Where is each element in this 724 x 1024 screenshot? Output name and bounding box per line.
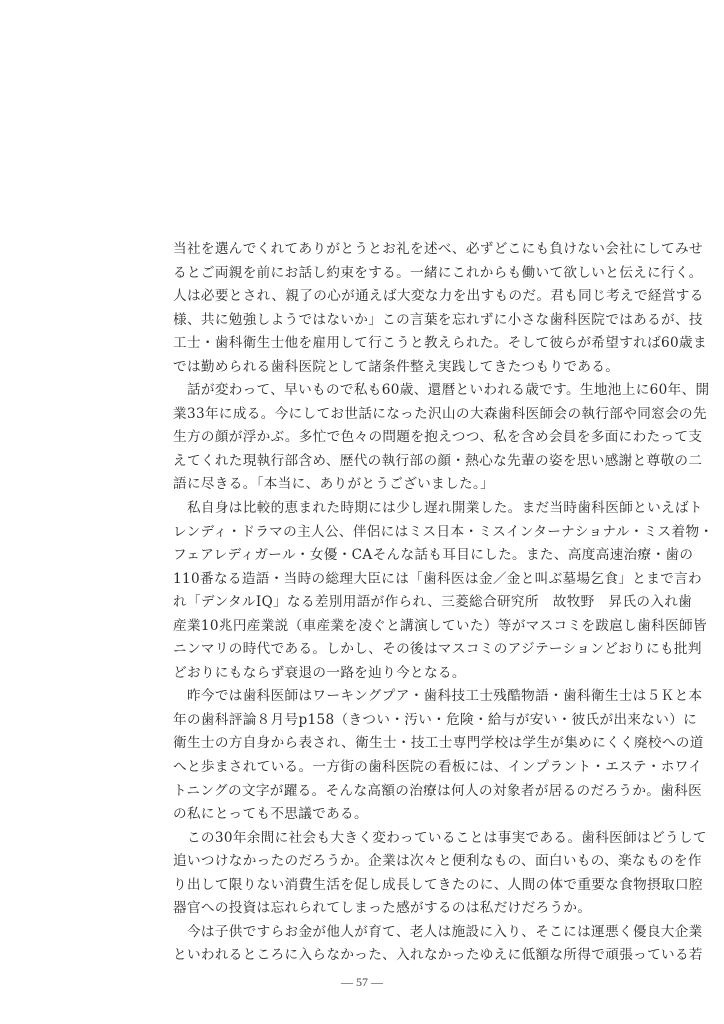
text-line: 業33年に成る。今にしてお世話になった沢山の大森歯科医師会の執行部や同窓会の先 — [173, 403, 670, 427]
text-line: の私にとっても不思議である。 — [173, 803, 670, 827]
text-line: 衛生士の方自身から表され、衛生士・技工士専門学校は学生が集めにくく廃校への道 — [173, 732, 670, 756]
text-line: 産業10兆円産業説（車産業を凌ぐと講演していた）等がマスコミを跋扈し歯科医師皆 — [173, 615, 670, 639]
text-line: といわれるところに入らなかった、入れなかったゆえに低額な所得で頑張っている若 — [173, 944, 670, 968]
body-text: 当社を選んでくれてありがとうとお礼を述べ、必ずどこにも負けない会社にしてみせ る… — [173, 238, 670, 968]
text-line: 様、共に勉強しようではないか」この言葉を忘れずに小さな歯科医院ではあるが、技 — [173, 309, 670, 333]
text-line: るとご両親を前にお話し約束をする。一緒にこれからも働いて欲しいと伝えに行く。 — [173, 262, 670, 286]
text-line: 私自身は比較的恵まれた時期には少し遅れ開業した。まだ当時歯科医師といえばト — [173, 497, 670, 521]
text-line: 年の歯科評論８月号p158（きつい・汚い・危険・給与が安い・彼氏が出来ない）に — [173, 709, 670, 733]
text-line: 生方の顔が浮かぶ。多忙で色々の問題を抱えつつ、私を含め会員を多面にわたって支 — [173, 426, 670, 450]
page-number: — 57 — — [0, 975, 724, 990]
text-line: へと歩まされている。一方街の歯科医院の看板には、インプラント・エステ・ホワイ — [173, 756, 670, 780]
text-line: 110番なる造語・当時の総理大臣には「歯科医は金／金と叫ぶ墓場乞食」とまで言わ — [173, 568, 670, 592]
text-line: 昨今では歯科医師はワーキングプア・歯科技工士残酷物語・歯科衛生士は５Ｋと本 — [173, 685, 670, 709]
text-line: この30年余間に社会も大きく変わっていることは事実である。歯科医師はどうして — [173, 827, 670, 851]
text-line: 語に尽きる。「本当に、ありがとうございました。」 — [173, 473, 670, 497]
text-line: 工士・歯科衛生士他を雇用して行こうと教えられた。そして彼らが希望すれば60歳ま — [173, 332, 670, 356]
text-line: えてくれた現執行部含め、歴代の執行部の顔・熱心な先輩の姿を思い感謝と尊敬の二 — [173, 450, 670, 474]
text-line: 人は必要とされ、親了の心が通えば大変な力を出すものだ。君も同じ考えで経営する — [173, 285, 670, 309]
text-line: では勤められる歯科医院として諸条件整え実践してきたつもりである。 — [173, 356, 670, 380]
text-line: ニンマリの時代である。しかし、その後はマスコミのアジテーションどおりにも批判 — [173, 638, 670, 662]
text-line: り出して限りない消費生活を促し成長してきたのに、人間の体で重要な食物摂取口腔 — [173, 874, 670, 898]
text-line: レンディ・ドラマの主人公、伴侶にはミス日本・ミスインターナショナル・ミス着物・ — [173, 521, 670, 545]
text-line: 当社を選んでくれてありがとうとお礼を述べ、必ずどこにも負けない会社にしてみせ — [173, 238, 670, 262]
text-line: れ「デンタルIQ」なる差別用語が作られ、三菱総合研究所 故牧野 昇氏の入れ歯 — [173, 591, 670, 615]
text-line: フェアレディガール・女優・CAそんな話も耳目にした。また、高度高速治療・歯の — [173, 544, 670, 568]
text-line: 話が変わって、早いもので私も60歳、還暦といわれる歳です。生地池上に60年、開 — [173, 379, 670, 403]
text-line: トニングの文字が躍る。そんな高額の治療は何人の対象者が居るのだろうか。歯科医 — [173, 780, 670, 804]
text-line: 器官への投資は忘れられてしまった感がするのは私だけだろうか。 — [173, 897, 670, 921]
text-line: 今は子供ですらお金が他人が育て、老人は施設に入り、そこには運悪く優良大企業 — [173, 921, 670, 945]
document-page: 当社を選んでくれてありがとうとお礼を述べ、必ずどこにも負けない会社にしてみせ る… — [0, 0, 724, 1024]
text-line: どおりにもならず衰退の一路を辿り今となる。 — [173, 662, 670, 686]
text-line: 追いつけなかったのだろうか。企業は次々と便利なもの、面白いもの、楽なものを作 — [173, 850, 670, 874]
